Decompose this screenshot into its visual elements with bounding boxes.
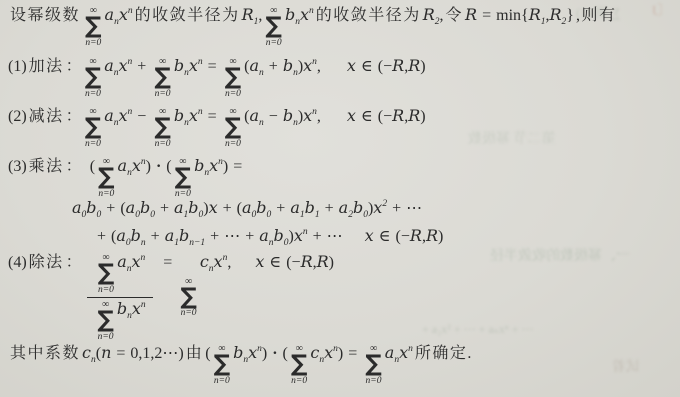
- variable-letter: R: [242, 5, 254, 24]
- summation-symbol: ∞∑n=0: [175, 157, 192, 199]
- math-variable: an: [105, 6, 119, 28]
- plain-text: ⋯: [406, 200, 422, 218]
- formula-line-multiplication-expansion-1: a0b0+(a0b0+a1b0)x+(a0b0+a1b1+a2b0)x2+⋯: [72, 199, 422, 221]
- math-variable: n: [101, 344, 111, 363]
- plain-text: ：: [66, 254, 82, 272]
- variable-letter: x: [209, 156, 218, 175]
- plain-text: ,: [317, 108, 321, 126]
- math-variable: an: [385, 344, 399, 366]
- plain-text: ⋯: [224, 228, 240, 246]
- variable-letter: x: [347, 56, 356, 75]
- spacer: [321, 70, 347, 71]
- variable-letter: b: [194, 156, 204, 175]
- chinese-text: 加法: [29, 58, 64, 76]
- math-variable: xn: [248, 344, 262, 363]
- variable-letter: x: [119, 56, 128, 75]
- math-variable: bn: [233, 344, 248, 366]
- summation-symbol: ∞∑n=0: [365, 344, 382, 386]
- variable-letter: x: [132, 299, 141, 318]
- bleedthrough-text: + a₂x² + ⋯ + aₙxⁿ + ⋯: [422, 322, 533, 337]
- plain-text: ：: [66, 108, 82, 126]
- variable-letter: a: [104, 56, 114, 75]
- variable-letter: a: [259, 226, 269, 245]
- math-variable: R: [317, 253, 329, 272]
- math-variable: x: [347, 107, 356, 126]
- variable-letter: x: [399, 343, 408, 362]
- plain-text: (: [205, 345, 210, 363]
- variable-letter: a: [105, 5, 115, 24]
- operator: =: [348, 345, 357, 363]
- operator: =: [208, 58, 217, 76]
- plain-text: ⋯: [327, 228, 343, 246]
- lower-limit: n=0: [98, 285, 114, 295]
- formula-line-rule-subtraction: (2) 减法：∞∑n=0anxn−∞∑n=0bnxn=∞∑n=0(an−bn)x…: [8, 107, 426, 149]
- math-variable: bn: [194, 157, 209, 179]
- variable-letter: R: [317, 252, 329, 271]
- summation-symbol: ∞∑n=0: [98, 253, 115, 295]
- chinese-text: 乘法: [29, 158, 64, 176]
- superscript: n: [141, 253, 146, 263]
- sigma-icon: ∑: [214, 354, 231, 376]
- math-variable: x2: [373, 199, 387, 218]
- math-variable: a1: [174, 199, 188, 221]
- lower-limit: n=0: [291, 376, 307, 386]
- textbook-page: ∑ 则 (1)〔J第二节 幂级数一、幂级数的收敛半径+ a₂x² + ⋯ + a…: [0, 0, 680, 397]
- superscript: 2: [382, 199, 387, 209]
- variable-letter: a: [126, 198, 136, 217]
- variable-letter: R: [465, 5, 477, 24]
- variable-letter: x: [300, 5, 309, 24]
- math-variable: an: [249, 107, 263, 129]
- math-variable: xn: [399, 344, 413, 363]
- math-variable: cn: [82, 344, 96, 366]
- math-variable: b0: [188, 199, 203, 221]
- sigma-icon: ∑: [291, 354, 308, 376]
- chinese-text: ,则有: [576, 7, 617, 25]
- sigma-icon: ∑: [98, 263, 115, 285]
- math-variable: b0: [256, 199, 271, 221]
- math-variable: bn: [174, 57, 189, 79]
- spacer: [82, 170, 90, 171]
- variable-letter: R: [550, 5, 562, 24]
- variable-letter: b: [131, 226, 141, 245]
- math-variable: an: [118, 157, 132, 179]
- math-variable: R2: [423, 6, 440, 28]
- operator: =: [482, 7, 491, 25]
- superscript: n: [303, 227, 308, 237]
- subscript: 0: [150, 210, 155, 220]
- lower-limit: n=0: [155, 139, 171, 149]
- lower-limit: n=0: [214, 376, 230, 386]
- chinese-text: 由: [186, 345, 204, 363]
- fraction: ∞∑n=0anxn∞∑n=0bnxn: [87, 253, 154, 343]
- variable-letter: R: [423, 5, 435, 24]
- bleedthrough-text: 〔J: [652, 0, 671, 20]
- variable-letter: R: [529, 5, 541, 24]
- operator: +: [223, 200, 232, 218]
- math-variable: bn: [131, 227, 146, 249]
- operator: ∈: [361, 108, 373, 126]
- sigma-icon: ∑: [265, 16, 282, 38]
- operator: +: [313, 228, 322, 246]
- formula-line-coefficient-note: 其中系数cn(n=0,1,2⋯)由(∞∑n=0bnxn)·(∞∑n=0cnxn)…: [8, 344, 475, 386]
- plain-text: (−: [378, 58, 392, 76]
- math-variable: a0: [126, 199, 140, 221]
- sigma-icon: ∑: [180, 287, 197, 309]
- operator: +: [325, 200, 334, 218]
- chinese-text: 减法: [29, 108, 64, 126]
- math-variable: bn−1: [179, 227, 205, 249]
- variable-letter: c: [310, 343, 319, 362]
- math-variable: b0: [86, 199, 101, 221]
- bleedthrough-text: 一、幂级数的收敛半径: [490, 245, 630, 265]
- variable-letter: x: [132, 156, 141, 175]
- summation-symbol: ∞∑n=0: [265, 6, 282, 48]
- operator: +: [106, 200, 115, 218]
- superscript: n: [128, 57, 133, 67]
- variable-letter: b: [353, 198, 363, 217]
- variable-letter: b: [179, 226, 189, 245]
- math-variable: xn: [294, 227, 308, 246]
- operator: +: [276, 200, 285, 218]
- math-variable: R: [301, 253, 313, 272]
- sigma-icon: ∑: [98, 167, 115, 189]
- plain-text: ,: [440, 7, 444, 25]
- formula-line-multiplication-expansion-2: +(a0bn+a1bn−1+⋯+anb0)xn+⋯x∈(−R,R): [92, 227, 443, 249]
- summation-symbol: ∞∑n=0: [154, 107, 171, 149]
- subscript: n: [259, 68, 264, 78]
- lower-limit: n=0: [225, 139, 241, 149]
- math-variable: bn: [285, 6, 300, 28]
- lower-limit: n=0: [366, 376, 382, 386]
- summation-symbol: ∞∑n=0: [291, 344, 308, 386]
- plain-text: ): [420, 108, 425, 126]
- plain-text: ,: [227, 254, 231, 272]
- plain-text: ): [329, 254, 334, 272]
- variable-letter: b: [174, 106, 184, 125]
- multiplication-dot: ·: [156, 158, 161, 176]
- math-variable: R: [408, 107, 420, 126]
- multiplication-dot: ·: [272, 345, 277, 363]
- chinese-text: 的收敛半径为: [316, 7, 421, 25]
- math-variable: a1: [290, 199, 304, 221]
- variable-letter: R: [408, 56, 420, 75]
- superscript: n: [128, 6, 133, 16]
- summation-symbol: ∞∑n=0: [85, 6, 102, 48]
- math-variable: R: [465, 6, 477, 25]
- subscript: n: [259, 118, 264, 128]
- math-variable: xn: [189, 57, 203, 76]
- variable-letter: n: [101, 343, 111, 362]
- sigma-icon: ∑: [85, 117, 102, 139]
- plain-text: (−: [396, 228, 410, 246]
- plain-text: ): [438, 228, 443, 246]
- operator: +: [151, 228, 160, 246]
- fraction-numerator: ∞∑n=0anxn: [87, 253, 154, 298]
- sigma-icon: ∑: [97, 310, 114, 332]
- variable-letter: x: [347, 106, 356, 125]
- variable-letter: a: [385, 343, 395, 362]
- math-variable: R: [426, 227, 438, 246]
- variable-letter: x: [119, 106, 128, 125]
- summation-symbol: ∞∑n=0: [225, 57, 242, 99]
- math-variable: xn: [303, 107, 317, 126]
- subscript: 0: [97, 210, 102, 220]
- subscript: 0: [267, 210, 272, 220]
- variable-letter: R: [392, 106, 404, 125]
- summation-symbol: ∞∑n=0: [85, 57, 102, 99]
- variable-letter: x: [214, 252, 223, 271]
- math-variable: xn: [300, 6, 314, 25]
- operator: =: [116, 345, 125, 363]
- math-variable: b1: [305, 199, 320, 221]
- math-variable: a2: [339, 199, 353, 221]
- variable-letter: a: [249, 106, 259, 125]
- variable-letter: b: [283, 56, 293, 75]
- subscript: 1: [315, 210, 320, 220]
- operator: =: [163, 254, 172, 272]
- variable-letter: b: [274, 226, 284, 245]
- math-variable: xn: [119, 107, 133, 126]
- plain-text: 0,1,2⋯): [130, 345, 183, 363]
- variable-letter: R: [410, 226, 422, 245]
- superscript: n: [198, 57, 203, 67]
- lower-limit: n=0: [85, 139, 101, 149]
- bleedthrough-text: 第二节 幂级数: [468, 128, 556, 148]
- summation-symbol: ∞∑n=0: [180, 277, 197, 319]
- operator: +: [210, 228, 219, 246]
- chinese-text: 所确定.: [415, 345, 473, 363]
- variable-letter: a: [165, 226, 175, 245]
- summation-symbol: ∞∑n=0: [97, 300, 114, 342]
- variable-letter: a: [174, 198, 184, 217]
- math-variable: bn: [174, 107, 189, 129]
- superscript: n: [141, 300, 146, 310]
- chinese-text: 其中系数: [10, 345, 80, 363]
- variable-letter: R: [426, 226, 438, 245]
- variable-letter: x: [294, 226, 303, 245]
- variable-letter: b: [86, 198, 96, 217]
- math-variable: b0: [140, 199, 155, 221]
- operator: +: [160, 200, 169, 218]
- formula-line-rule-addition: (1) 加法：∞∑n=0anxn+∞∑n=0bnxn=∞∑n=0(an+bn)x…: [8, 57, 426, 99]
- superscript: n: [198, 107, 203, 117]
- chinese-text: 设幂级数: [10, 7, 80, 25]
- math-variable: x: [365, 227, 374, 246]
- plain-text: (−: [378, 108, 392, 126]
- lower-limit: n=0: [225, 89, 241, 99]
- variable-letter: c: [200, 252, 209, 271]
- variable-letter: b: [305, 198, 315, 217]
- math-variable: a1: [165, 227, 179, 249]
- math-variable: xn: [119, 57, 133, 76]
- plain-text: ): [223, 158, 228, 176]
- spacer: [321, 120, 347, 121]
- variable-letter: b: [117, 299, 127, 318]
- operator: ∈: [269, 254, 281, 272]
- operator: ∈: [379, 228, 391, 246]
- formula-line-rule-multiplication: (3) 乘法：(∞∑n=0anxn)·(∞∑n=0bnxn)=: [8, 157, 247, 199]
- math-variable: a0: [116, 227, 130, 249]
- plain-text: }: [566, 7, 574, 25]
- variable-letter: b: [256, 198, 266, 217]
- plain-text: (: [166, 158, 171, 176]
- variable-letter: x: [209, 198, 218, 217]
- variable-letter: b: [140, 198, 150, 217]
- variable-letter: a: [290, 198, 300, 217]
- plain-text: ): [262, 345, 267, 363]
- lower-limit: n=0: [266, 38, 282, 48]
- variable-letter: R: [392, 56, 404, 75]
- subscript: n−1: [189, 238, 205, 248]
- lower-limit: n=0: [155, 89, 171, 99]
- plain-text: (4): [8, 254, 27, 272]
- math-variable: a0: [72, 199, 86, 221]
- operator: +: [137, 58, 146, 76]
- superscript: n: [128, 107, 133, 117]
- math-variable: b0: [353, 199, 368, 221]
- plain-text: ): [420, 58, 425, 76]
- plain-text: (3): [8, 158, 27, 176]
- variable-letter: c: [82, 343, 91, 362]
- variable-letter: x: [303, 106, 312, 125]
- variable-letter: x: [373, 198, 382, 217]
- math-variable: bn: [117, 300, 132, 322]
- variable-letter: R: [408, 106, 420, 125]
- fraction-denominator: ∞∑n=0bnxn: [94, 298, 145, 342]
- variable-letter: b: [174, 56, 184, 75]
- math-variable: cn: [310, 344, 324, 366]
- operator: +: [97, 228, 106, 246]
- math-variable: an: [117, 253, 131, 275]
- math-variable: xn: [132, 157, 146, 176]
- math-variable: R2: [550, 6, 567, 28]
- math-variable: R: [410, 227, 422, 246]
- math-variable: xn: [214, 253, 228, 272]
- sigma-icon: ∑: [154, 117, 171, 139]
- math-variable: x: [255, 253, 264, 272]
- sigma-icon: ∑: [175, 167, 192, 189]
- variable-letter: a: [242, 198, 252, 217]
- math-variable: a0: [242, 199, 256, 221]
- math-variable: xn: [303, 57, 317, 76]
- plain-text: ,: [258, 7, 262, 25]
- operator: −: [269, 108, 278, 126]
- plain-text: (: [283, 345, 288, 363]
- variable-letter: b: [283, 106, 293, 125]
- math-variable: x: [347, 57, 356, 76]
- variable-letter: x: [303, 56, 312, 75]
- operator: ∈: [361, 58, 373, 76]
- plain-text: min{: [496, 7, 529, 25]
- summation-symbol: ∞∑n=0: [98, 157, 115, 199]
- plain-text: ：: [66, 58, 82, 76]
- operator: +: [245, 228, 254, 246]
- math-variable: an: [104, 57, 118, 79]
- chinese-text: 的收敛半径为: [135, 7, 240, 25]
- summation-symbol: ∞∑n=0: [214, 344, 231, 386]
- plain-text: (1): [8, 58, 27, 76]
- variable-letter: b: [285, 5, 295, 24]
- bleedthrough-text: 试着: [612, 356, 640, 376]
- math-variable: an: [249, 57, 263, 79]
- math-variable: bn: [283, 57, 298, 79]
- math-variable: x: [209, 199, 218, 218]
- variable-letter: R: [301, 252, 313, 271]
- lower-limit: n=0: [181, 308, 197, 318]
- lower-limit: n=0: [98, 332, 114, 342]
- plain-text: (2): [8, 108, 27, 126]
- math-variable: xn: [132, 300, 146, 319]
- math-variable: xn: [119, 6, 133, 25]
- superscript: n: [309, 6, 314, 16]
- operator: =: [208, 108, 217, 126]
- plain-text: (−: [286, 254, 300, 272]
- operator: =: [233, 158, 242, 176]
- math-variable: bn: [283, 107, 298, 129]
- operator: +: [392, 200, 401, 218]
- superscript: n: [408, 344, 413, 354]
- lower-limit: n=0: [98, 189, 114, 199]
- plain-text: ): [146, 158, 151, 176]
- math-variable: cn: [200, 253, 214, 275]
- variable-letter: x: [324, 343, 333, 362]
- plain-text: (: [90, 158, 95, 176]
- subscript: n: [141, 238, 146, 248]
- chinese-text: 令: [446, 7, 464, 25]
- sigma-icon: ∑: [85, 67, 102, 89]
- variable-letter: a: [104, 106, 114, 125]
- sigma-icon: ∑: [85, 16, 102, 38]
- variable-letter: x: [255, 252, 264, 271]
- variable-letter: a: [249, 56, 259, 75]
- math-variable: xn: [132, 253, 146, 272]
- lower-limit: n=0: [85, 38, 101, 48]
- sigma-icon: ∑: [154, 67, 171, 89]
- math-variable: an: [104, 107, 118, 129]
- sigma-icon: ∑: [225, 67, 242, 89]
- summation-symbol: ∞∑n=0: [85, 107, 102, 149]
- sigma-icon: ∑: [225, 117, 242, 139]
- variable-letter: x: [189, 56, 198, 75]
- math-variable: xn: [324, 344, 338, 363]
- plain-text: ：: [66, 158, 82, 176]
- variable-letter: a: [117, 252, 127, 271]
- summation-symbol: ∞∑n=0: [154, 57, 171, 99]
- variable-letter: a: [116, 226, 126, 245]
- math-variable: R: [408, 57, 420, 76]
- chinese-text: 除法: [29, 254, 64, 272]
- variable-letter: x: [189, 106, 198, 125]
- plain-text: ,: [317, 58, 321, 76]
- math-variable: xn: [209, 157, 223, 176]
- operator: +: [269, 58, 278, 76]
- spacer: [231, 266, 255, 267]
- variable-letter: a: [339, 198, 349, 217]
- variable-letter: b: [188, 198, 198, 217]
- variable-letter: x: [365, 226, 374, 245]
- math-variable: b0: [274, 227, 289, 249]
- math-variable: R1: [242, 6, 259, 28]
- plain-text: ): [338, 345, 343, 363]
- spacer: [343, 240, 365, 241]
- sigma-icon: ∑: [365, 354, 382, 376]
- math-variable: R1: [529, 6, 546, 28]
- math-variable: an: [259, 227, 273, 249]
- math-variable: xn: [189, 107, 203, 126]
- variable-letter: x: [119, 5, 128, 24]
- formula-line-rule-division: (4) 除法：∞∑n=0anxn∞∑n=0bnxn=∞∑n=0cnxn,x∈(−…: [8, 253, 334, 343]
